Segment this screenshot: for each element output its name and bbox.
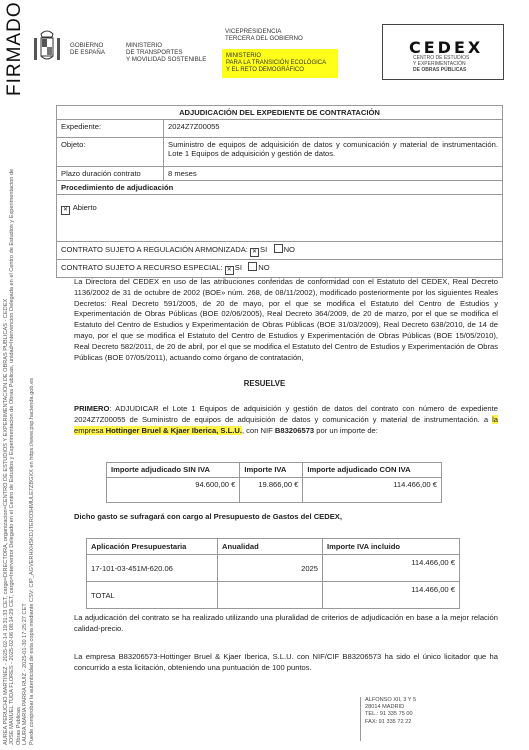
address-line: TEL.: 91 335 75 00 [365, 711, 416, 718]
address-block: ALFONSO XII, 3 Y 5 28014 MADRID TEL.: 91… [360, 697, 416, 741]
mt-line: Y EL RETO DEMOGRÁFICO [226, 67, 304, 73]
firmado-text: FIRMADO [4, 1, 26, 96]
nif-value: B83206573 [275, 426, 314, 435]
criterios-paragraph: La adjudicación del contrato se ha reali… [74, 613, 498, 635]
gob-line: DE ESPAÑA [70, 49, 105, 56]
table-row: TOTAL 114.466,00 € [87, 582, 460, 609]
vicepresidencia-label: VICEPRESIDENCIA TERCERA DEL GOBIERNO [225, 28, 303, 42]
ficha-title: ADJUDICACIÓN DEL EXPEDIENTE DE CONTRATAC… [57, 106, 503, 120]
cedex-sub-line: DE OBRAS PÚBLICAS [413, 67, 466, 73]
min-line: DE TRANSPORTES [126, 49, 206, 56]
primero-text: , con NIF [242, 426, 275, 435]
primero-text: : ADJUDICAR el Lote 1 Equipos de adquisi… [74, 404, 498, 424]
armonizada-row: CONTRATO SUJETO A REGULACIÓN ARMONIZADA:… [57, 242, 503, 260]
importe-value: 114.466,00 € [323, 555, 460, 582]
vice-line: VICEPRESIDENCIA [225, 28, 303, 35]
plazo-label: Plazo duración contrato [57, 167, 164, 181]
resuelve-heading: RESUELVE [0, 379, 529, 388]
total-anualidad [218, 582, 323, 609]
importe-con-iva-value: 114.466,00 € [303, 478, 442, 503]
anualidad-header: Anualidad [218, 539, 323, 555]
ministerio-transportes-label: MINISTERIO DE TRANSPORTES Y MOVILIDAD SO… [126, 42, 206, 63]
gasto-paragraph: Dicho gasto se sufragará con cargo al Pr… [74, 512, 498, 523]
recurso-label: CONTRATO SUJETO A RECURSO ESPECIAL: [61, 263, 223, 272]
aplicacion-header: Aplicación Presupuestaria [87, 539, 218, 555]
cedex-logo-box: CEDEX CENTRO DE ESTUDIOS Y EXPERIMENTACI… [382, 24, 504, 80]
total-value: 114.466,00 € [323, 582, 460, 609]
checkbox-checked-icon: ✕ [225, 266, 234, 275]
anualidad-value: 2025 [218, 555, 323, 582]
procedimiento-cell: ✕ Abierto [57, 195, 503, 242]
no-label: NO [258, 263, 269, 272]
address-line: FAX: 91 335 72 22 [365, 719, 416, 726]
importe-iva-value: 19.866,00 € [240, 478, 303, 503]
cedex-subtitle: CENTRO DE ESTUDIOS Y EXPERIMENTACIÓN DE … [413, 55, 469, 73]
empresa-name: Hottinger Bruel & Kjaer Iberica, S.L.U. [106, 426, 242, 435]
mt-line: PARA LA TRANSICIÓN ECOLÓGICA [226, 60, 326, 66]
si-label: SI [235, 263, 242, 272]
expediente-value: 2024Z7Z00055 [164, 120, 503, 138]
intro-paragraph: La Directora del CEDEX en uso de las atr… [74, 277, 498, 363]
importe-sin-iva-header: Importe adjudicado SIN IVA [107, 463, 240, 478]
plazo-value: 8 meses [164, 167, 503, 181]
table-row: Objeto: Suministro de equipos de adquisi… [57, 138, 503, 167]
signature-side-text: AUREA PERUCHO MARTINEZ - 2025-02-14 19:3… [3, 105, 35, 745]
objeto-label: Objeto: [57, 138, 164, 167]
mt-line: MINISTERIO [226, 53, 261, 59]
checkbox-checked-icon: ✕ [61, 206, 70, 215]
objeto-value: Suministro de equipos de adquisición de … [164, 138, 503, 167]
coat-of-arms-icon [32, 28, 62, 70]
armonizada-label: CONTRATO SUJETO A REGULACIÓN ARMONIZADA: [61, 245, 248, 254]
primero-text: por un importe de: [314, 426, 378, 435]
recurso-row: CONTRATO SUJETO A RECURSO ESPECIAL: ✕SI … [57, 260, 503, 278]
total-label: TOTAL [87, 582, 218, 609]
importe-iva-incluido-header: Importe IVA incluido [323, 539, 460, 555]
procedimiento-value: Abierto [73, 203, 97, 212]
table-row: Expediente: 2024Z7Z00055 [57, 120, 503, 138]
table-row: 94.600,00 € 19.866,00 € 114.466,00 € [107, 478, 442, 503]
checkbox-checked-icon: ✕ [250, 248, 259, 257]
vice-line: TERCERA DEL GOBIERNO [225, 35, 303, 42]
importe-con-iva-header: Importe adjudicado CON IVA [303, 463, 442, 478]
table-row: Plazo duración contrato 8 meses [57, 167, 503, 181]
checkbox-empty-icon [248, 262, 257, 271]
primero-label: PRIMERO [74, 404, 109, 413]
table-row: 17-101-03-451M-620.06 2025 114.466,00 € [87, 555, 460, 582]
importes-table: Importe adjudicado SIN IVA Importe IVA I… [106, 462, 442, 503]
procedimiento-label: Procedimiento de adjudicación [57, 181, 503, 195]
si-label: SI [260, 245, 267, 254]
side-line: JOSE MANUEL TUDA FLORES - 2025-02-06 08:… [9, 105, 15, 745]
aplicacion-presupuestaria-table: Aplicación Presupuestaria Anualidad Impo… [86, 538, 460, 609]
expediente-label: Expediente: [57, 120, 164, 138]
no-label: NO [284, 245, 295, 254]
gob-line: GOBIERNO [70, 42, 105, 49]
checkbox-empty-icon [274, 244, 283, 253]
importe-sin-iva-value: 94.600,00 € [107, 478, 240, 503]
min-line: Y MOVILIDAD SOSTENIBLE [126, 56, 206, 63]
min-line: MINISTERIO [126, 42, 206, 49]
aplicacion-value: 17-101-03-451M-620.06 [87, 555, 218, 582]
ministerio-transicion-box: MINISTERIO PARA LA TRANSICIÓN ECOLÓGICA … [222, 49, 338, 78]
licitador-paragraph: La empresa B83206573-Hottinger Bruel & K… [74, 652, 498, 674]
firmado-stamp: FIRMADO [2, 6, 26, 96]
side-line: Puede comprobar la autenticidad de esta … [29, 105, 35, 745]
address-line: ALFONSO XII, 3 Y 5 [365, 697, 416, 704]
primero-paragraph: PRIMERO: ADJUDICAR el Lote 1 Equipos de … [74, 404, 498, 436]
address-line: 28014 MADRID [365, 704, 416, 711]
gobierno-espana-label: GOBIERNO DE ESPAÑA [70, 42, 105, 56]
adjudicacion-ficha-table: ADJUDICACIÓN DEL EXPEDIENTE DE CONTRATAC… [56, 105, 503, 278]
importe-iva-header: Importe IVA [240, 463, 303, 478]
